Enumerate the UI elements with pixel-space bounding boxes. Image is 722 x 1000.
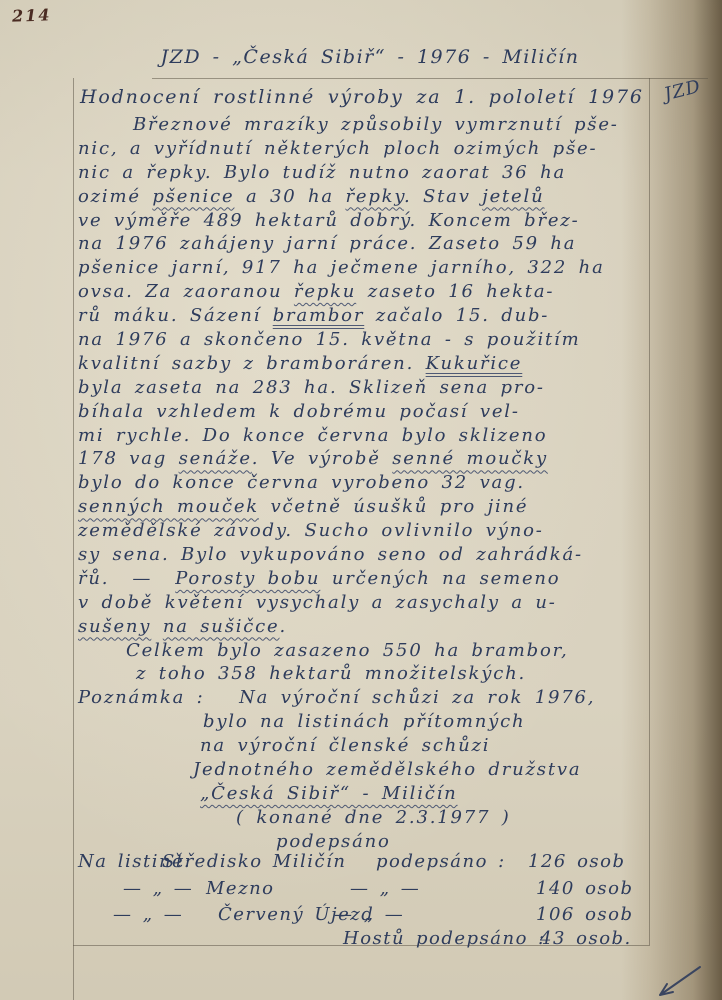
sig-location: Mezno: [206, 878, 275, 899]
handwritten-line: bylo na listinách přítomných: [203, 710, 648, 734]
text-segment: . Ve výrobě: [252, 448, 392, 469]
handwritten-line: Poznámka : Na výroční schůzi za rok 1976…: [78, 686, 648, 710]
signature-count-table: Na listině:Středisko Miličínpodepsáno :1…: [78, 851, 658, 961]
text-segment: pšenice jarní, 917 ha ječmene jarního, 3…: [78, 257, 605, 278]
document-title: JZD - „Česká Sibiř“ - 1976 - Miličín: [130, 46, 610, 68]
signature-row: — „ —Červený Újezd— „ —106 osob: [78, 904, 658, 930]
handwritten-line: 178 vag senáže. Ve výrobě senné moučky: [78, 447, 648, 471]
handwritten-line: sy sena. Bylo vykupováno seno od zahrádk…: [78, 543, 648, 567]
handwritten-line: pšenice jarní, 917 ha ječmene jarního, 3…: [78, 256, 648, 280]
handwritten-line: zemědělské závody. Sucho ovlivnilo výno-: [78, 519, 648, 543]
text-segment: Březnové mrazíky způsobily vymrznutí pše…: [133, 114, 619, 135]
text-segment: kvalitní sazby z bramboráren.: [78, 353, 426, 374]
pen-stroke-mark: [652, 962, 706, 1000]
text-segment: podepsáno: [276, 831, 391, 852]
sig-count: 140 osob: [536, 878, 634, 899]
ruled-line-right: [649, 78, 650, 946]
page-number: 214: [12, 5, 52, 25]
underlined-term: senné moučky: [392, 448, 548, 469]
text-segment: nic, a vyřídnutí některých ploch ozimých…: [78, 138, 597, 159]
ruled-line-top: [152, 78, 708, 79]
text-segment: .: [280, 616, 288, 637]
sig-label: — „ —: [350, 878, 420, 899]
text-segment: ozimé: [78, 186, 152, 207]
handwritten-line: senných mouček včetně úsušků pro jiné: [78, 495, 648, 519]
handwritten-body: Březnové mrazíky způsobily vymrznutí pše…: [78, 113, 648, 854]
signature-row: Na listině:Středisko Miličínpodepsáno :1…: [78, 851, 658, 877]
handwritten-line: nic a řepky. Bylo tudíž nutno zaorat 36 …: [78, 161, 648, 185]
text-segment: v době květení vysychaly a zasychaly a u…: [78, 592, 557, 613]
underlined-term: senáže: [179, 448, 252, 469]
text-segment: 178 vag: [78, 448, 179, 469]
text-segment: určených na semeno: [320, 568, 560, 589]
handwritten-line: Celkem bylo zasazeno 550 ha brambor,: [126, 639, 648, 663]
text-segment: a 30 ha: [234, 186, 345, 207]
sig-count: 43 osob.: [540, 928, 632, 949]
sig-count: 106 osob: [536, 904, 634, 925]
underlined-term: jetelů: [482, 186, 544, 207]
ruled-line-left: [73, 78, 74, 1000]
handwritten-line: bylo do konce června vyrobeno 32 vag.: [78, 471, 648, 495]
handwritten-line: na výroční členské schůzi: [200, 734, 648, 758]
underlined-term: senných mouček: [78, 496, 259, 517]
underlined-term: „Česká Sibiř“ - Miličín: [200, 783, 458, 804]
text-segment: sy sena. Bylo vykupováno seno od zahrádk…: [78, 544, 583, 565]
handwritten-line: rů máku. Sázení brambor začalo 15. dub-: [78, 304, 648, 328]
text-segment: Poznámka : Na výroční schůzi za rok 1976…: [78, 687, 595, 708]
handwritten-line: bíhala vzhledem k dobrému počasí vel-: [78, 400, 648, 424]
sig-location: Středisko Miličín: [162, 851, 346, 872]
text-segment: nic a řepky. Bylo tudíž nutno zaorat 36 …: [78, 162, 566, 183]
text-segment: na výroční členské schůzi: [200, 735, 490, 756]
underlined-term: Kukuřice: [426, 353, 523, 374]
handwritten-line: v době květení vysychaly a zasychaly a u…: [78, 591, 648, 615]
text-segment: ve výměře 489 hektarů dobrý. Koncem břez…: [78, 210, 579, 231]
underlined-term: řepky: [345, 186, 403, 207]
text-segment: včetně úsušků pro jiné: [259, 496, 528, 517]
text-segment: bylo do konce června vyrobeno 32 vag.: [78, 472, 525, 493]
sig-location: Hostů: [343, 928, 405, 949]
handwritten-line: z toho 358 hektarů množitelských.: [136, 662, 648, 686]
text-segment: zemědělské závody. Sucho ovlivnilo výno-: [78, 520, 544, 541]
text-segment: z toho 358 hektarů množitelských.: [136, 663, 526, 684]
handwritten-line: Jednotného zemědělského družstva: [193, 758, 648, 782]
handwritten-line: byla zaseta na 283 ha. Sklizeň sena pro-: [78, 376, 648, 400]
handwritten-line: ve výměře 489 hektarů dobrý. Koncem břez…: [78, 209, 648, 233]
sig-label: podepsáno :: [416, 928, 546, 949]
text-segment: řů. —: [78, 568, 175, 589]
text-segment: na 1976 zahájeny jarní práce. Zaseto 59 …: [78, 233, 576, 254]
sig-count: 126 osob: [528, 851, 626, 872]
handwritten-line: kvalitní sazby z bramboráren. Kukuřice: [78, 352, 648, 376]
text-segment: začalo 15. dub-: [364, 305, 549, 326]
text-segment: mi rychle. Do konce června bylo sklizeno: [78, 425, 547, 446]
text-segment: . Stav: [404, 186, 482, 207]
handwritten-line: řů. — Porosty bobu určených na semeno: [78, 567, 648, 591]
sig-prefix: — „ —: [123, 878, 193, 899]
text-segment: bylo na listinách přítomných: [203, 711, 525, 732]
handwritten-line: na 1976 a skončeno 15. května - s použit…: [78, 328, 648, 352]
text-segment: ovsa. Za zaoranou: [78, 281, 294, 302]
handwritten-line: ozimé pšenice a 30 ha řepky. Stav jetelů: [78, 185, 648, 209]
text-segment: Jednotného zemědělského družstva: [193, 759, 581, 780]
signature-row: — „ —Mezno— „ —140 osob: [78, 878, 658, 904]
handwritten-line: ( konané dne 2.3.1977 ): [236, 806, 648, 830]
text-segment: ( konané dne 2.3.1977 ): [236, 807, 511, 828]
handwritten-line: na 1976 zahájeny jarní práce. Zaseto 59 …: [78, 232, 648, 256]
handwritten-line: nic, a vyřídnutí některých ploch ozimých…: [78, 137, 648, 161]
text-segment: na 1976 a skončeno 15. května - s použit…: [78, 329, 580, 350]
margin-note-jzd: JZD: [662, 76, 703, 105]
underlined-term: na sušičce: [163, 616, 280, 637]
text-segment: byla zaseta na 283 ha. Sklizeň sena pro-: [78, 377, 545, 398]
underlined-term: Porosty bobu: [175, 568, 320, 589]
handwritten-line: Březnové mrazíky způsobily vymrznutí pše…: [133, 113, 648, 137]
handwritten-line: mi rychle. Do konce června bylo sklizeno: [78, 424, 648, 448]
handwritten-line: „Česká Sibiř“ - Miličín: [200, 782, 648, 806]
text-segment: rů máku. Sázení: [78, 305, 273, 326]
sig-label: podepsáno :: [376, 851, 506, 872]
sig-prefix: — „ —: [113, 904, 183, 925]
text-segment: zaseto 16 hekta-: [356, 281, 554, 302]
handwritten-line: ovsa. Za zaoranou řepku zaseto 16 hekta-: [78, 280, 648, 304]
section-heading: Hodnocení rostlinné výroby za 1. pololet…: [80, 86, 645, 108]
text-segment: Celkem bylo zasazeno 550 ha brambor,: [126, 640, 569, 661]
handwritten-line: sušeny na sušičce.: [78, 615, 648, 639]
signature-row: Hostůpodepsáno :43 osob.: [78, 928, 658, 954]
text-segment: bíhala vzhledem k dobrému počasí vel-: [78, 401, 520, 422]
sig-label: — „ —: [334, 904, 404, 925]
underlined-term: sušeny: [78, 616, 151, 637]
underlined-term: řepku: [294, 281, 356, 302]
underlined-term: brambor: [273, 305, 365, 326]
underlined-term: pšenice: [152, 186, 234, 207]
scanned-chronicle-page: 214 JZD - „Česká Sibiř“ - 1976 - Miličín…: [0, 0, 722, 1000]
text-segment: [151, 616, 163, 637]
